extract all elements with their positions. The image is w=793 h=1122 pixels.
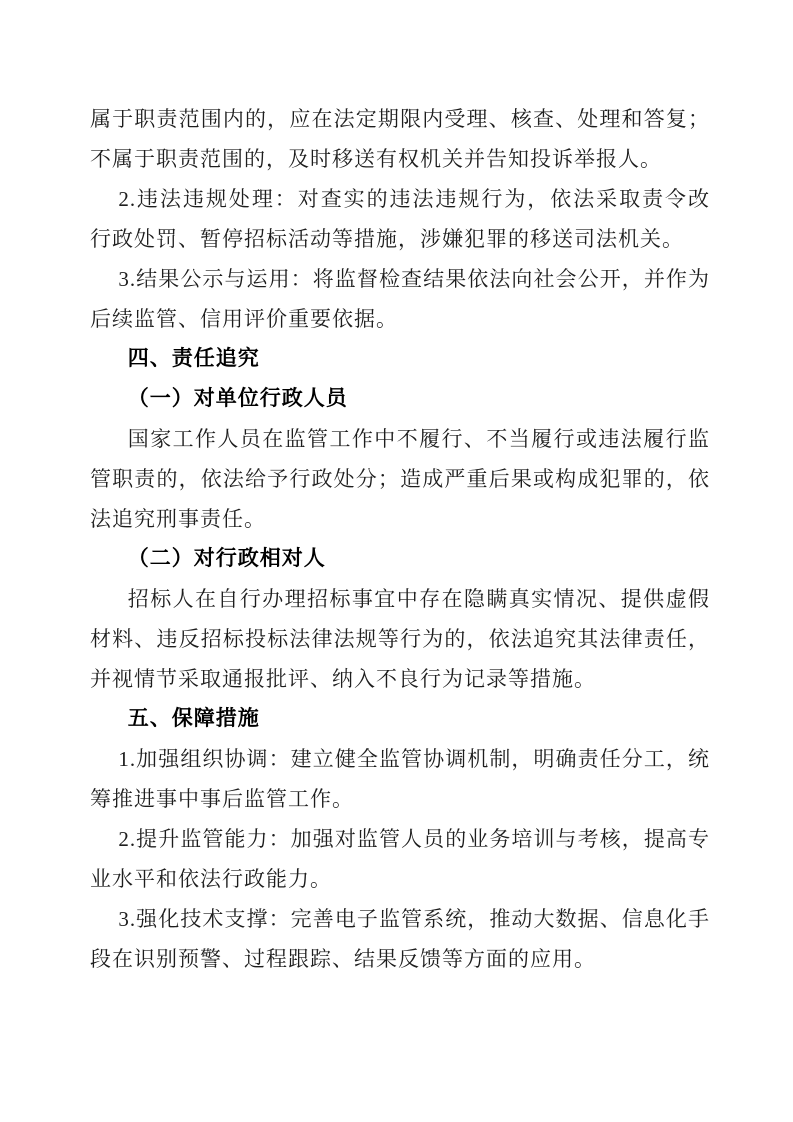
text-line: 1.加强组织协调：建立健全监管协调机制，明确责任分工，统: [90, 739, 710, 779]
text-line: 材料、违反招标投标法律法规等行为的，依法追究其法律责任，: [90, 619, 710, 659]
heading-line: 四、责任追究: [90, 339, 710, 379]
text-line: 段在识别预警、过程跟踪、结果反馈等方面的应用。: [90, 939, 710, 979]
text-line: 国家工作人员在监管工作中不履行、不当履行或违法履行监: [90, 419, 710, 459]
heading-line: （二）对行政相对人: [90, 539, 710, 579]
heading-line: （一）对单位行政人员: [90, 379, 710, 419]
document-page: 属于职责范围内的，应在法定期限内受理、核查、处理和答复；不属于职责范围的，及时移…: [0, 0, 793, 1122]
text-line: 行政处罚、暂停招标活动等措施，涉嫌犯罪的移送司法机关。: [90, 219, 710, 259]
document-text-block: 属于职责范围内的，应在法定期限内受理、核查、处理和答复；不属于职责范围的，及时移…: [90, 99, 710, 979]
text-line: 2.提升监管能力：加强对监管人员的业务培训与考核，提高专: [90, 819, 710, 859]
text-line: 业水平和依法行政能力。: [90, 859, 710, 899]
text-line: 招标人在自行办理招标事宜中存在隐瞒真实情况、提供虚假: [90, 579, 710, 619]
text-line: 并视情节采取通报批评、纳入不良行为记录等措施。: [90, 659, 710, 699]
text-line: 不属于职责范围的，及时移送有权机关并告知投诉举报人。: [90, 139, 710, 179]
text-line: 3.结果公示与运用：将监督检查结果依法向社会公开，并作为: [90, 259, 710, 299]
text-line: 筹推进事中事后监管工作。: [90, 779, 710, 819]
text-line: 属于职责范围内的，应在法定期限内受理、核查、处理和答复；: [90, 99, 710, 139]
heading-line: 五、保障措施: [90, 699, 710, 739]
text-line: 3.强化技术支撑：完善电子监管系统，推动大数据、信息化手: [90, 899, 710, 939]
text-line: 2.违法违规处理：对查实的违法违规行为，依法采取责令改正、: [90, 179, 710, 219]
text-line: 后续监管、信用评价重要依据。: [90, 299, 710, 339]
text-line: 法追究刑事责任。: [90, 499, 710, 539]
text-line: 管职责的，依法给予行政处分；造成严重后果或构成犯罪的，依: [90, 459, 710, 499]
